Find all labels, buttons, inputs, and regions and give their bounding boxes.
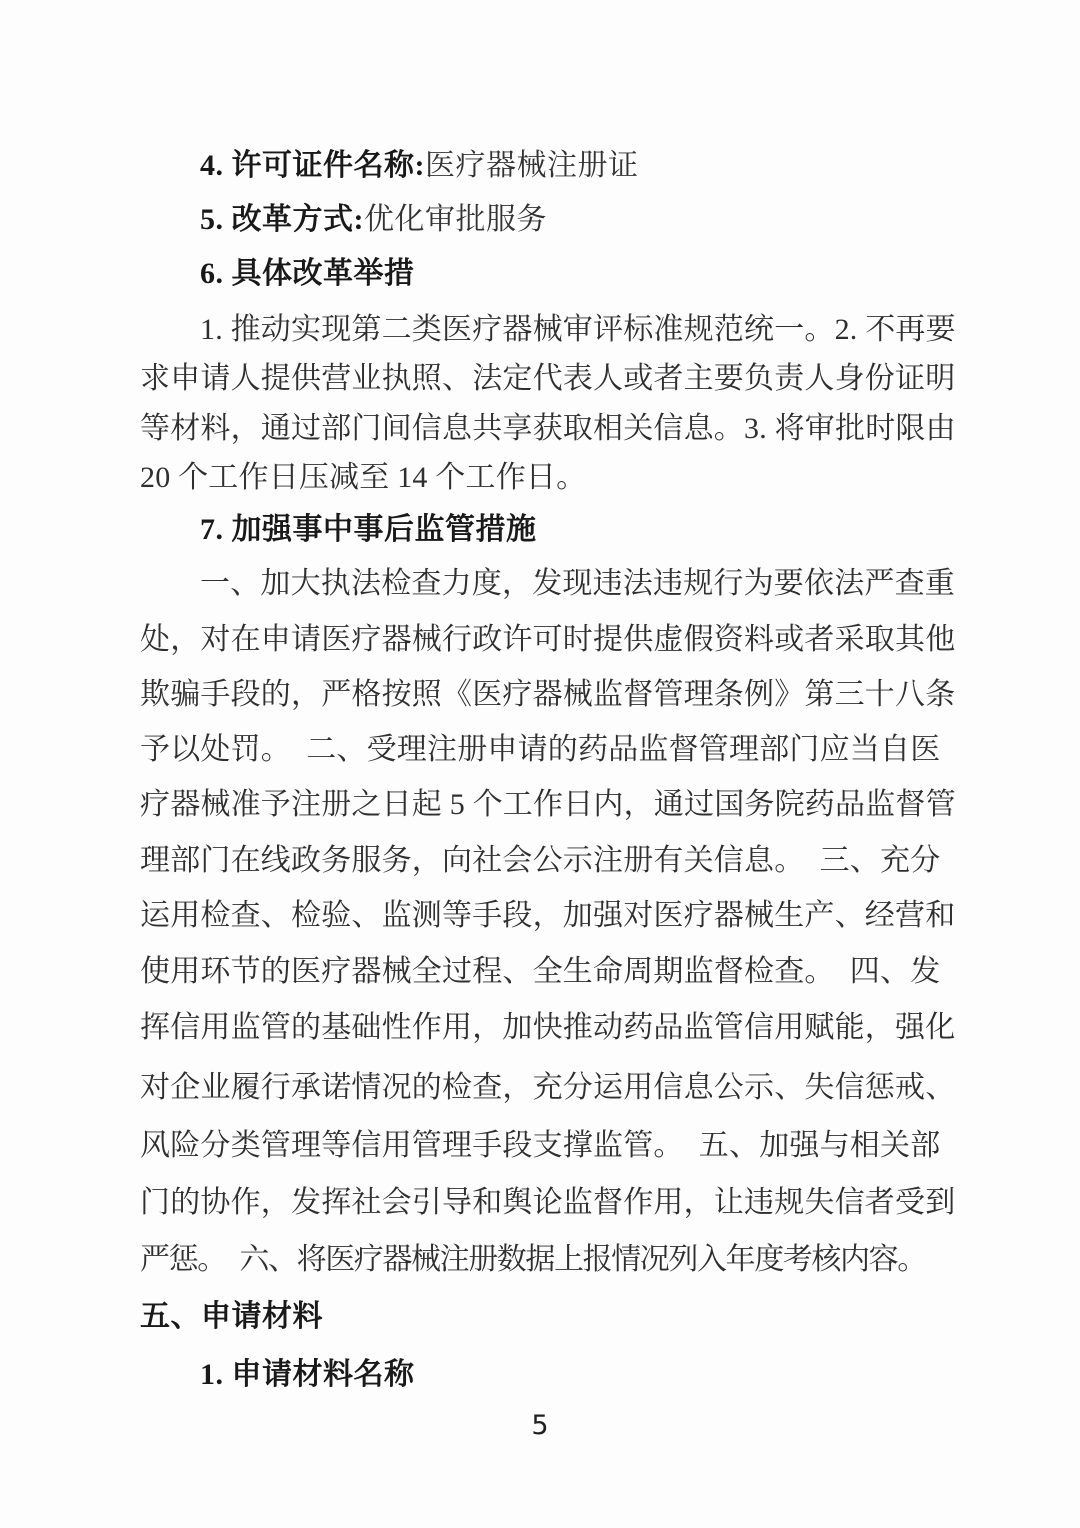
body-line: 使用环节的医疗器械全过程、全生命周期监督检查。 四、发 [140,952,940,992]
body-line: 挥信用监管的基础性作用，加快推动药品监管信用赋能，强化 [140,1008,955,1048]
heading-value: 优化审批服务 [364,203,547,236]
body-line: 予以处罚。 二、受理注册申请的药品监督管理部门应当自医 [140,730,940,770]
body-line: 欺骗手段的，严格按照《医疗器械监督管理条例》第三十八条 [140,675,955,715]
page-number: 5 [0,1410,1080,1441]
body-line: 严惩。 六、将医疗器械注册数据上报情况列入年度考核内容。 [140,1240,926,1280]
heading-material-name: 1. 申请材料名称 [140,1355,415,1395]
heading-label: 4. 许可证件名称: [200,149,425,182]
body-line: 门的协作，发挥社会引导和舆论监督作用，让违规失信者受到 [140,1183,955,1223]
body-line: 对企业履行承诺情况的检查，充分运用信息公示、失信惩戒、 [140,1068,955,1108]
heading-reform-method: 5. 改革方式:优化审批服务 [140,200,547,240]
document-page: 4. 许可证件名称:医疗器械注册证 5. 改革方式:优化审批服务 6. 具体改革… [0,0,1080,1528]
body-line: 风险分类管理等信用管理手段支撑监管。 五、加强与相关部 [140,1126,940,1166]
heading-supervision-measures: 7. 加强事中事后监管措施 [140,510,537,550]
body-line: 疗器械准予注册之日起 5 个工作日内，通过国务院药品监督管 [140,785,956,825]
body-line: 20 个工作日压减至 14 个工作日。 [140,458,586,498]
heading-reform-measures: 6. 具体改革举措 [140,254,415,294]
body-line: 运用检查、检验、监测等手段，加强对医疗器械生产、经营和 [140,896,955,936]
heading-label: 5. 改革方式: [200,203,364,236]
document-text-block: 4. 许可证件名称:医疗器械注册证 5. 改革方式:优化审批服务 6. 具体改革… [140,0,955,1528]
body-line: 理部门在线政务服务，向社会公示注册有关信息。 三、充分 [140,841,940,881]
body-line: 一、加大执法检查力度，发现违法违规行为要依法严查重 [140,564,955,604]
heading-application-materials: 五、申请材料 [140,1297,323,1337]
heading-license-name: 4. 许可证件名称:医疗器械注册证 [140,146,639,186]
body-line: 1. 推动实现第二类医疗器械审评标准规范统一。2. 不再要 [140,310,956,350]
body-line: 求申请人提供营业执照、法定代表人或者主要负责人身份证明 [140,359,955,399]
heading-value: 医疗器械注册证 [425,149,639,182]
body-line: 等材料，通过部门间信息共享获取相关信息。3. 将审批时限由 [140,409,956,449]
body-line: 处，对在申请医疗器械行政许可时提供虚假资料或者采取其他 [140,620,955,660]
